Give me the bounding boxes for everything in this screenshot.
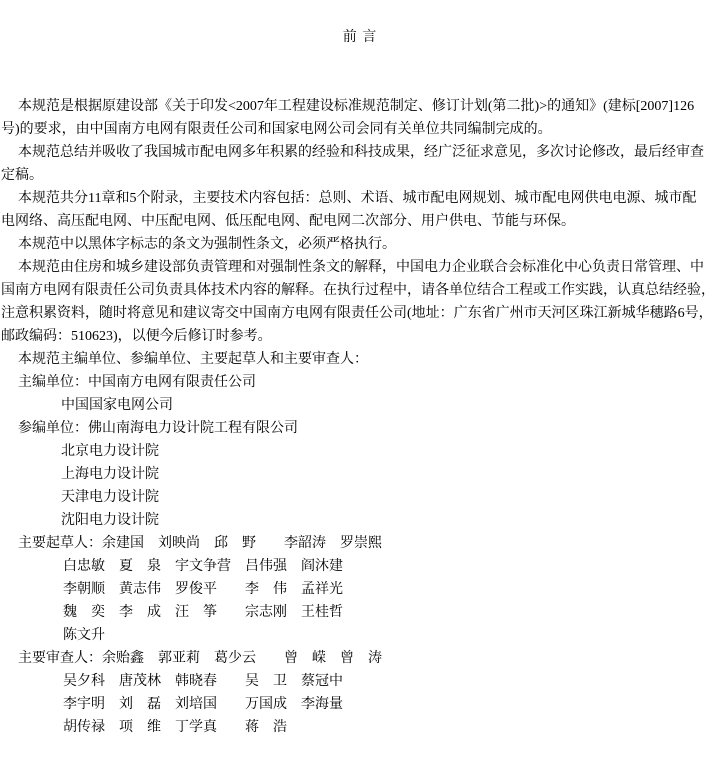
text-line: 李朝顺 黄志伟 罗俊平 李 伟 孟祥光 bbox=[0, 578, 720, 601]
text-line: 本规范总结并吸收了我国城市配电网多年积累的经验和科技成果，经广泛征求意见，多次讨… bbox=[0, 141, 720, 164]
document-page: 前 言 本规范是根据原建设部《关于印发<2007年工程建设标准规范制定、修订计划… bbox=[0, 0, 720, 765]
text-line: 本规范中以黑体字标志的条文为强制性条文，必须严格执行。 bbox=[0, 233, 720, 256]
text-line: 沈阳电力设计院 bbox=[0, 509, 720, 532]
text-line: 电网络、高压配电网、中压配电网、低压配电网、配电网二次部分、用户供电、节能与环保… bbox=[0, 210, 720, 233]
text-line: 本规范由住房和城乡建设部负责管理和对强制性条文的解释，中国电力企业联合会标准化中… bbox=[0, 256, 720, 279]
text-line: 李宇明 刘 磊 刘培国 万国成 李海量 bbox=[0, 693, 720, 716]
text-line: 本规范是根据原建设部《关于印发<2007年工程建设标准规范制定、修订计划(第二批… bbox=[0, 95, 720, 118]
text-line: 陈文升 bbox=[0, 624, 720, 647]
text-line: 魏 奕 李 成 汪 筝 宗志刚 王桂哲 bbox=[0, 601, 720, 624]
text-line: 号)的要求，由中国南方电网有限责任公司和国家电网公司会同有关单位共同编制完成的。 bbox=[0, 118, 720, 141]
text-line: 中国国家电网公司 bbox=[0, 394, 720, 417]
text-line: 北京电力设计院 bbox=[0, 440, 720, 463]
text-line: 上海电力设计院 bbox=[0, 463, 720, 486]
text-line: 天津电力设计院 bbox=[0, 486, 720, 509]
page-title: 前 言 bbox=[0, 26, 720, 49]
document-body: 本规范是根据原建设部《关于印发<2007年工程建设标准规范制定、修订计划(第二批… bbox=[0, 95, 720, 739]
text-line: 胡传禄 项 维 丁学真 蒋 浩 bbox=[0, 716, 720, 739]
text-line: 本规范主编单位、参编单位、主要起草人和主要审查人： bbox=[0, 348, 720, 371]
text-line: 吴夕科 唐茂林 韩晓春 吴 卫 蔡冠中 bbox=[0, 670, 720, 693]
text-line: 主要起草人：余建国 刘映尚 邱 野 李韶涛 罗崇熙 bbox=[0, 532, 720, 555]
text-line: 定稿。 bbox=[0, 164, 720, 187]
text-line: 主编单位：中国南方电网有限责任公司 bbox=[0, 371, 720, 394]
text-line: 参编单位：佛山南海电力设计院工程有限公司 bbox=[0, 417, 720, 440]
text-line: 白忠敏 夏 泉 宇文争营 吕伟强 阎沐建 bbox=[0, 555, 720, 578]
text-line: 本规范共分11章和5个附录，主要技术内容包括：总则、术语、城市配电网规划、城市配… bbox=[0, 187, 720, 210]
text-line: 国南方电网有限责任公司负责具体技术内容的解释。在执行过程中，请各单位结合工程或工… bbox=[0, 279, 720, 302]
text-line: 注意积累资料，随时将意见和建议寄交中国南方电网有限责任公司(地址：广东省广州市天… bbox=[0, 302, 720, 325]
text-line: 邮政编码：510623)，以便今后修订时参考。 bbox=[0, 325, 720, 348]
text-line: 主要审查人：余贻鑫 郭亚莉 葛少云 曾 嵘 曾 涛 bbox=[0, 647, 720, 670]
